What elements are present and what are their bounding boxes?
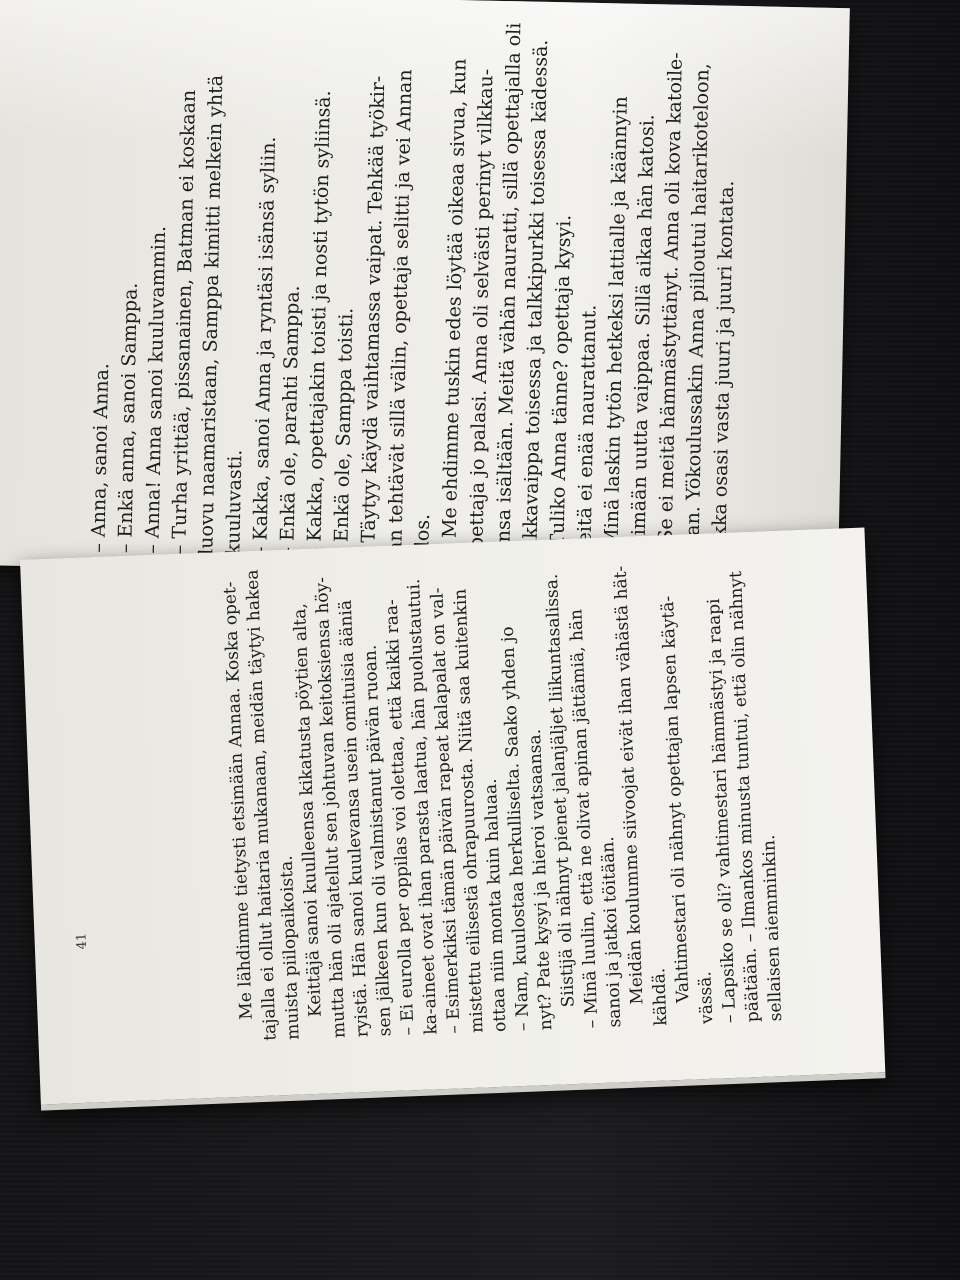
book-page-right: Me lähdimme tietysti etsimään Annaa. Kos… — [20, 528, 886, 1111]
page-glare — [0, 0, 850, 158]
page-number-right: 41 — [74, 933, 90, 950]
page-number-left: 40 — [0, 160, 3, 177]
page-text-right: Me lähdimme tietysti etsimään Annaa. Kos… — [221, 601, 789, 1042]
book-page-left: – Anna, sanoi Anna. – Enkä anna, sanoi S… — [0, 0, 850, 583]
page-text-left: – Anna, sanoi Anna. – Enkä anna, sanoi S… — [85, 152, 741, 565]
